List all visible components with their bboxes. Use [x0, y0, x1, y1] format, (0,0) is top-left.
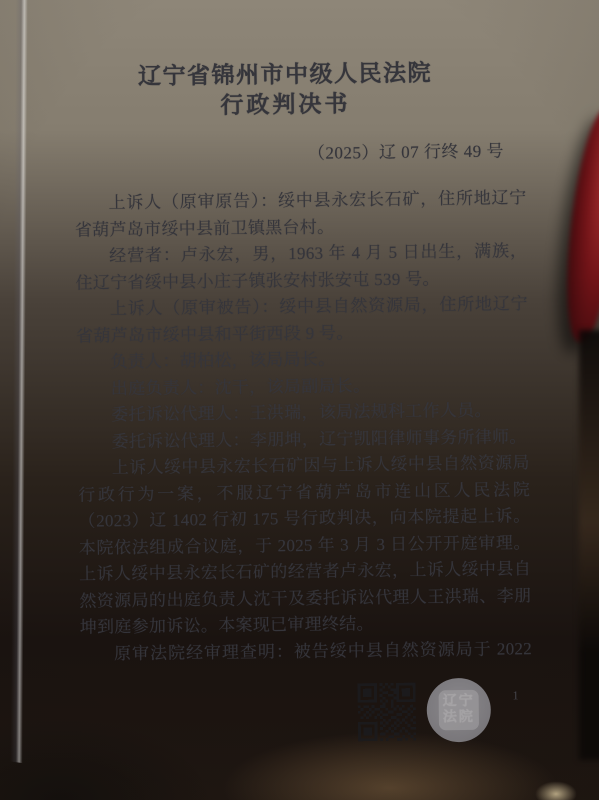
paragraph-trial-findings: 原审法院经审理查明：被告绥中县自然资源局于 2022 年 11 月 17 日对原… — [80, 636, 532, 669]
court-seal-stamp: 辽宁 法院 — [426, 678, 491, 743]
paragraph-appellant-defendant: 上诉人（原审被告）：绥中县自然资源局，住所地辽宁省葫芦岛市绥中县和平街西段 9 … — [76, 291, 529, 350]
page-number: 1 — [513, 688, 519, 703]
document-page: 辽宁省锦州市中级人民法院 行政判决书 （2025）辽 07 行终 49 号 上诉… — [0, 0, 599, 800]
case-number: （2025）辽 07 行终 49 号 — [308, 136, 504, 163]
seal-text-line2: 法院 — [443, 710, 475, 726]
paragraph-appellant-plaintiff: 上诉人（原审原告）：绥中县永宏长石矿，住所地辽宁省葫芦岛市绥中县前卫镇黑台村。 — [74, 185, 527, 244]
judgment-body: 上诉人（原审原告）：绥中县永宏长石矿，住所地辽宁省葫芦岛市绥中县前卫镇黑台村。 … — [74, 185, 532, 668]
page-content: 辽宁省锦州市中级人民法院 行政判决书 （2025）辽 07 行终 49 号 上诉… — [0, 0, 599, 800]
photo-scene: 辽宁省锦州市中级人民法院 行政判决书 （2025）辽 07 行终 49 号 上诉… — [0, 0, 599, 800]
paragraph-case-summary: 上诉人绥中县永宏长石矿因与上诉人绥中县自然资源局行政行为一案，不服辽宁省葫芦岛市… — [78, 450, 532, 641]
qr-code-icon — [357, 683, 416, 742]
court-seal-text: 辽宁 法院 — [439, 690, 479, 730]
seal-text-line1: 辽宁 — [443, 694, 475, 710]
document-title: 行政判决书 — [0, 83, 575, 123]
paragraph-operator: 经营者：卢永宏，男，1963 年 4 月 5 日出生，满族，住辽宁省绥中县小庄子… — [75, 238, 528, 297]
